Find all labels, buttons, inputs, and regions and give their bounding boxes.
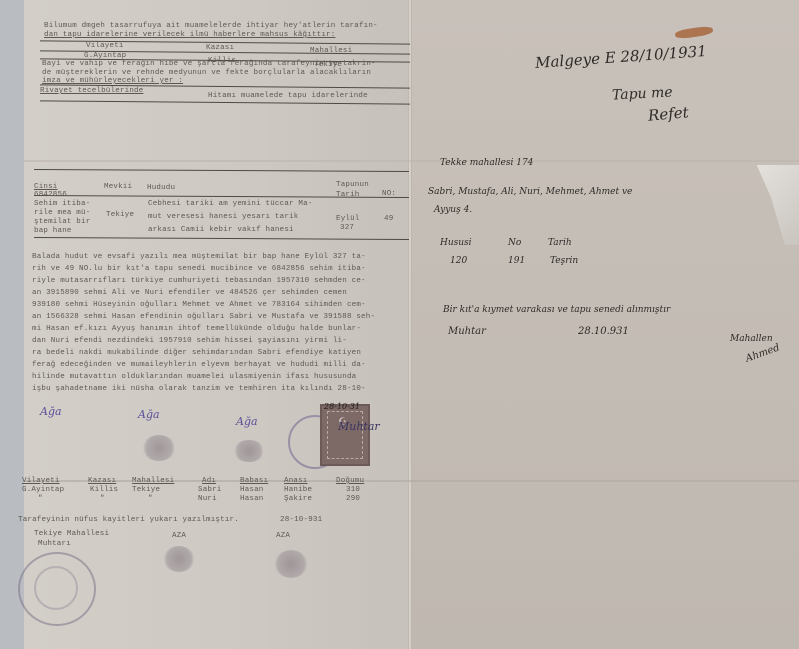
cell: "	[38, 494, 43, 504]
cell: Tekiye	[132, 485, 160, 495]
no-value: 49	[384, 214, 393, 224]
hand-col-value-3: Teşrin	[550, 256, 578, 266]
body-line: rih ve 49 NO.lu bir kıt'a tapu senedi mu…	[32, 264, 366, 274]
revenue-stamp: ☪	[320, 404, 370, 466]
hand-col-label-3: Tarih	[548, 238, 572, 248]
body-line: ferağ edeceğinden ve mumaileyhlerin elye…	[32, 360, 366, 370]
cell: Şakire	[284, 494, 312, 504]
cell: 290	[346, 494, 360, 504]
cell: Hasan	[240, 494, 264, 504]
body-line: mi Hasan ef.kızı Ayyuş hanımın ihtof tem…	[32, 324, 361, 334]
hand-line-4: Bir kıt'a kıymet varakası ve tapu senedi…	[443, 305, 670, 315]
hand-sig-bottom-1: Mahallen	[730, 334, 773, 344]
hand-line-3: Ayyuş 4.	[434, 205, 472, 215]
hududu-line-3: arkası Camii kebir vakıf hanesi	[148, 225, 294, 235]
signature-aga-1: Ağa	[40, 405, 62, 418]
header-right-label: Hitamı muamelede tapu idarelerinde	[208, 91, 368, 101]
cell: "	[148, 494, 153, 504]
body-line: hilinde mutavattın olduklarından muamele…	[32, 372, 356, 382]
body-line: Balada hudut ve evsafi yazılı mea müştem…	[32, 252, 366, 262]
hand-top-sig-1: Tapu me	[612, 84, 673, 103]
hand-date-2: 28.10.931	[578, 326, 629, 337]
signature-aga-3: Ağa	[236, 415, 258, 428]
hand-col-value-2: 191	[508, 256, 525, 266]
muhtar-seal-inner	[34, 566, 78, 610]
cinsi-line-5: bap hane	[34, 226, 72, 236]
hand-line-1: Tekke mahallesi 174	[440, 158, 533, 168]
tarih-line-2: 327	[340, 223, 354, 233]
aza-label-1: AZA	[172, 531, 186, 541]
seal-blot-1	[142, 435, 176, 461]
signature-aga-2: Ağa	[138, 408, 160, 421]
hand-col-value-1: 120	[450, 256, 467, 266]
stamp-overwrite-signature: Muhtar	[338, 420, 380, 433]
hand-col-label-1: Hususi	[440, 238, 472, 248]
header-left-label: Rivayet tecelbülerinde	[40, 86, 143, 96]
aza-label-2: AZA	[276, 531, 290, 541]
horizontal-fold-upper	[24, 160, 799, 162]
header-col-vilayet: Vilayeti	[86, 41, 124, 51]
vertical-fold	[408, 0, 412, 649]
hand-col-label-2: No	[508, 238, 521, 248]
header-col-mahalle: Mahallesi	[310, 46, 352, 56]
aza-seal-2	[274, 550, 308, 578]
mevkii-value: Tekiye	[106, 210, 134, 220]
muhtar-label-2: Muhtarı	[38, 539, 71, 549]
hududu-line-1: Cebhesi tariki am yemini tüccar Ma-	[148, 199, 313, 209]
body-line: an 3915890 sehmi Ali ve Nuri efendiler v…	[32, 288, 347, 298]
hand-line-5: Muhtar	[448, 326, 486, 337]
stamp-date: 28-10-31	[324, 402, 360, 411]
header-line-2: dan tapu idarelerine verilecek ilmü habe…	[44, 30, 335, 40]
body-line: işbu şahadetname iki nüsha olarak tanzim…	[32, 384, 366, 394]
footer-date: 28-10-931	[280, 515, 322, 525]
body-line: riyle mutasarrıfları türkiye cumhuriyeti…	[32, 276, 366, 286]
aza-seal-1	[163, 546, 195, 572]
cell: Nuri	[198, 494, 217, 504]
hududu-line-2: mut veresesi hanesi yesarı tarik	[148, 212, 298, 222]
cell: "	[100, 494, 105, 504]
body-line: an 1566328 sehmi Hasan efendinin oğullar…	[32, 312, 375, 322]
body-line: 939180 sehmi Hüseyinin oğulları Mehmet v…	[32, 300, 366, 310]
muhtar-label-1: Tekiye Mahallesi	[34, 529, 109, 539]
footer-statement: Tarafeyinin nüfus kayitleri yukarı yazıl…	[18, 515, 239, 525]
cell: G.Ayintap	[22, 485, 64, 495]
table-header-mevkii: Mevkii	[104, 182, 132, 192]
hand-line-2: Sabri, Mustafa, Ali, Nuri, Mehmet, Ahmet…	[428, 187, 632, 197]
body-line: ra bedeli nakdi mukabilinde diğer sehimd…	[32, 348, 361, 358]
body-line: dan Nuri efendi nezdindeki 1957910 sehim…	[32, 336, 347, 346]
right-page	[410, 0, 799, 649]
table-header-hududu: Hududu	[147, 183, 175, 193]
hand-top-sig-2: Refet	[647, 103, 689, 124]
seal-blot-2	[233, 440, 265, 462]
